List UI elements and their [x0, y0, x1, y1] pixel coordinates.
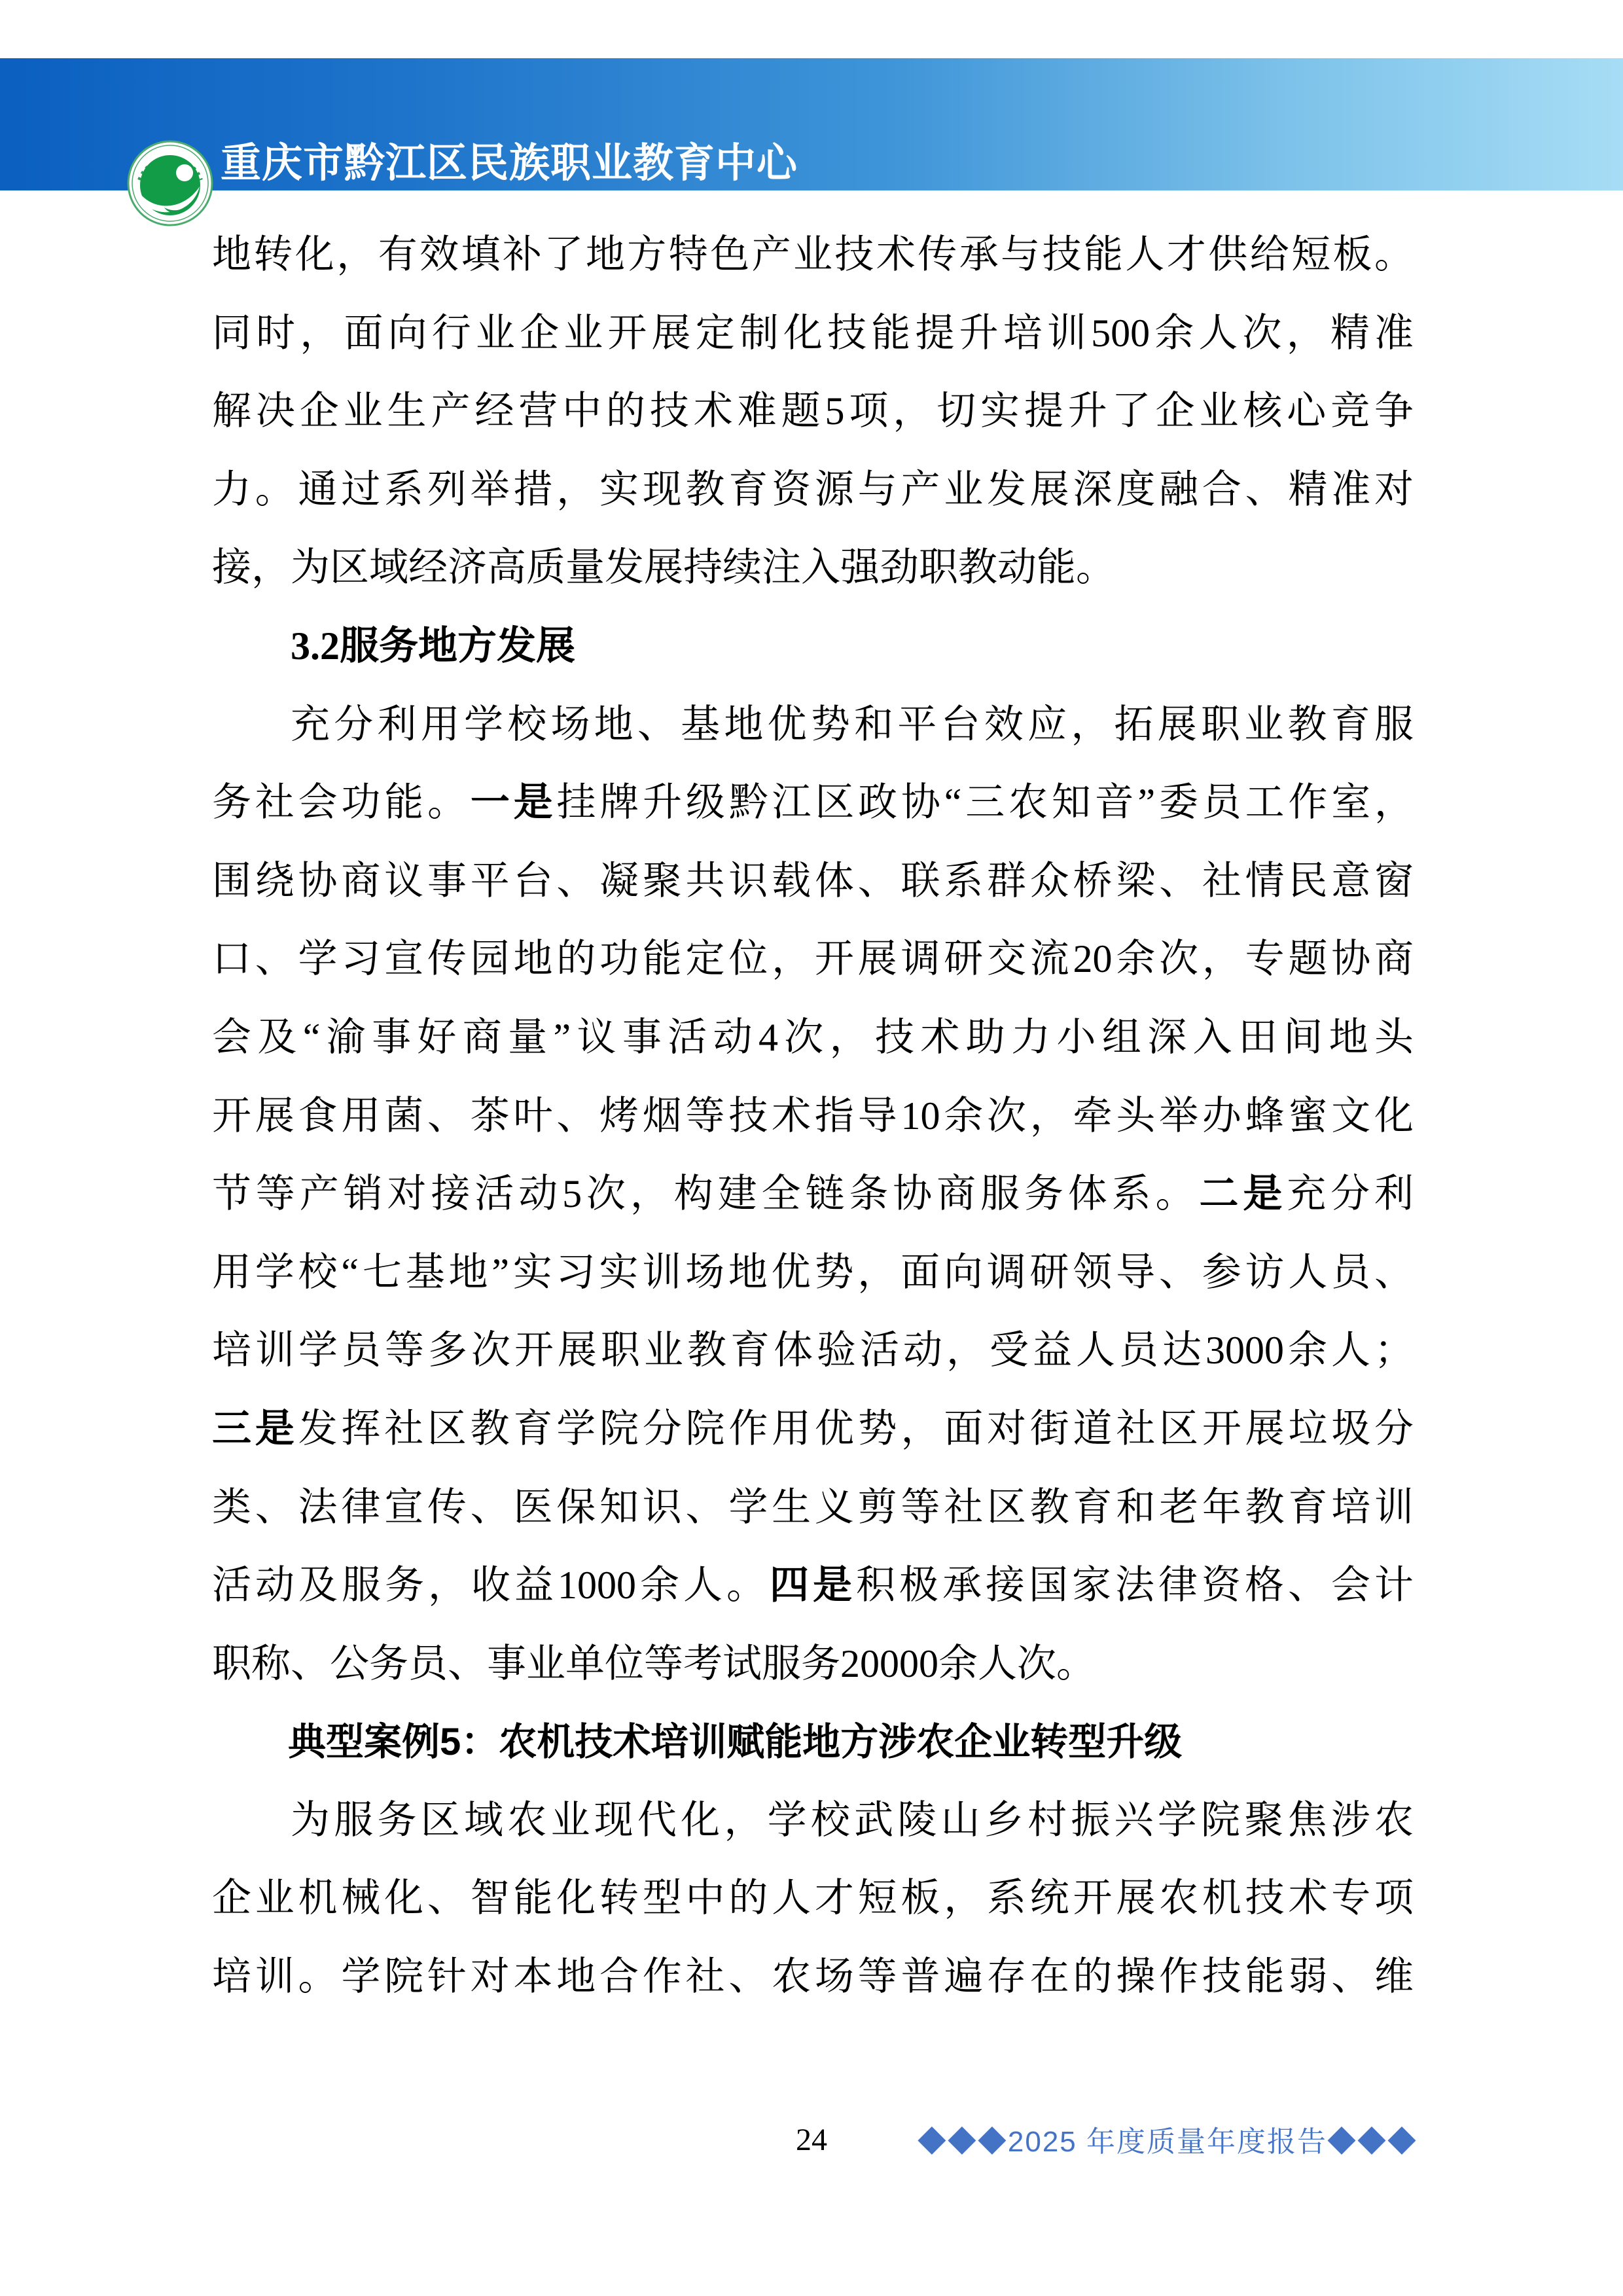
- document-body: 地转化，有效填补了地方特色产业技术传承与技能人才供给短板。同时，面向行业企业开展…: [212, 216, 1414, 2017]
- text-run: 企业机械化、智能化转型中的人才短板，系统开展农机技术专项: [212, 1876, 1414, 1920]
- body-text-line: 用学校“七基地”实习实训场地优势，面向调研领导、参访人员、: [212, 1234, 1414, 1312]
- text-run: 围绕协商议事平台、凝聚共识载体、联系群众桥梁、社情民意窗: [212, 859, 1414, 903]
- document-page: 重庆市黔江区民族职业教育中心 CHONGQING SHI QIANJIANG Q…: [0, 0, 1623, 2296]
- body-text-line: 会及“渝事好商量”议事活动4次，技术助力小组深入田间地头: [212, 999, 1414, 1077]
- case-heading: 典型案例5：农机技术培训赋能地方涉农企业转型升级: [212, 1703, 1414, 1782]
- body-text-line: 务社会功能。一是挂牌升级黔江区政协“三农知音”委员工作室，: [212, 764, 1414, 842]
- text-run: 力。通过系列举措，实现教育资源与产业发展深度融合、精准对: [212, 468, 1414, 511]
- text-run: 挂牌升级黔江区政协“三农知音”委员工作室，: [557, 781, 1414, 824]
- text-run: 节等产销对接活动5次，构建全链条协商服务体系。: [212, 1172, 1199, 1215]
- header-banner: 重庆市黔江区民族职业教育中心 CHONGQING SHI QIANJIANG Q…: [0, 58, 1623, 190]
- text-run: 充分利: [1287, 1172, 1414, 1215]
- text-run: 同时，面向行业企业开展定制化技能提升培训500余人次，精准: [212, 312, 1414, 355]
- body-text-line: 培训。学院针对本地合作社、农场等普遍存在的操作技能弱、维: [212, 1938, 1414, 2017]
- body-text-line: 接，为区域经济高质量发展持续注入强劲职教动能。: [212, 529, 1414, 607]
- text-run: 会及“渝事好商量”议事活动4次，技术助力小组深入田间地头: [212, 1016, 1414, 1059]
- body-text-line: 口、学习宣传园地的功能定位，开展调研交流20余次，专题协商: [212, 920, 1414, 999]
- text-run: 接，为区域经济高质量发展持续注入强劲职教动能。: [212, 546, 1115, 589]
- text-run: 类、法律宣传、医保知识、学生义剪等社区教育和老年教育培训: [212, 1486, 1414, 1529]
- bold-text-run: 四是: [770, 1564, 856, 1607]
- text-run: 务社会功能。: [212, 781, 471, 824]
- text-run: 地转化，有效填补了地方特色产业技术传承与技能人才供给短板。: [212, 233, 1414, 276]
- body-text-line: 地转化，有效填补了地方特色产业技术传承与技能人才供给短板。: [212, 216, 1414, 295]
- body-text-line: 类、法律宣传、医保知识、学生义剪等社区教育和老年教育培训: [212, 1469, 1414, 1547]
- school-logo-icon: [126, 139, 214, 227]
- text-run: 活动及服务，收益1000余人。: [212, 1564, 770, 1607]
- bold-text-run: 二是: [1199, 1172, 1287, 1215]
- body-text-line: 解决企业生产经营中的技术难题5项，切实提升了企业核心竞争: [212, 372, 1414, 451]
- text-run: 口、学习宣传园地的功能定位，开展调研交流20余次，专题协商: [212, 937, 1414, 980]
- body-text-line: 企业机械化、智能化转型中的人才短板，系统开展农机技术专项: [212, 1859, 1414, 1938]
- header-text-block: 重庆市黔江区民族职业教育中心 CHONGQING SHI QIANJIANG Q…: [221, 140, 805, 215]
- text-run: 培训。学院针对本地合作社、农场等普遍存在的操作技能弱、维: [212, 1955, 1414, 1998]
- body-text-line: 开展食用菌、茶叶、烤烟等技术指导10余次，牵头举办蜂蜜文化: [212, 1077, 1414, 1156]
- bold-text-run: 一是: [471, 781, 557, 824]
- bold-text-run: 3.2服务地方发展: [291, 624, 575, 668]
- body-text-line: 为服务区域农业现代化，学校武陵山乡村振兴学院聚焦涉农: [212, 1782, 1414, 1860]
- body-text-line: 活动及服务，收益1000余人。四是积极承接国家法律资格、会计: [212, 1547, 1414, 1625]
- heading2: 3.2服务地方发展: [212, 607, 1414, 686]
- body-text-line: 同时，面向行业企业开展定制化技能提升培训500余人次，精准: [212, 295, 1414, 373]
- text-run: 职称、公务员、事业单位等考试服务20000余人次。: [212, 1642, 1096, 1685]
- body-text-line: 力。通过系列举措，实现教育资源与产业发展深度融合、精准对: [212, 451, 1414, 529]
- text-run: 充分利用学校场地、基地优势和平台效应，拓展职业教育服: [291, 703, 1414, 746]
- school-name-title: 重庆市黔江区民族职业教育中心: [221, 140, 805, 187]
- body-text-line: 节等产销对接活动5次，构建全链条协商服务体系。二是充分利: [212, 1155, 1414, 1234]
- text-run: 发挥社区教育学院分院作用优势，面对街道社区开展垃圾分: [298, 1407, 1414, 1450]
- text-run: 为服务区域农业现代化，学校武陵山乡村振兴学院聚焦涉农: [291, 1799, 1414, 1842]
- body-text-line: 职称、公务员、事业单位等考试服务20000余人次。: [212, 1625, 1414, 1704]
- school-name-pinyin: CHONGQING SHI QIANJIANG QU MINZU ZHIYE J…: [221, 195, 805, 215]
- text-run: 积极承接国家法律资格、会计: [856, 1564, 1414, 1607]
- text-run: 用学校“七基地”实习实训场地优势，面向调研领导、参访人员、: [212, 1251, 1414, 1294]
- body-text-line: 充分利用学校场地、基地优势和平台效应，拓展职业教育服: [212, 686, 1414, 764]
- bold-text-run: 典型案例5：农机技术培训赋能地方涉农企业转型升级: [288, 1721, 1182, 1763]
- body-text-line: 三是发挥社区教育学院分院作用优势，面对街道社区开展垃圾分: [212, 1390, 1414, 1469]
- text-run: 开展食用菌、茶叶、烤烟等技术指导10余次，牵头举办蜂蜜文化: [212, 1094, 1414, 1138]
- body-text-line: 围绕协商议事平台、凝聚共识载体、联系群众桥梁、社情民意窗: [212, 842, 1414, 921]
- text-run: 解决企业生产经营中的技术难题5项，切实提升了企业核心竞争: [212, 389, 1414, 433]
- text-run: 培训学员等多次开展职业教育体验活动，受益人员达3000余人；: [212, 1329, 1414, 1372]
- body-text-line: 培训学员等多次开展职业教育体验活动，受益人员达3000余人；: [212, 1312, 1414, 1390]
- report-title-footer: ◆◆◆2025 年度质量年度报告◆◆◆: [918, 2126, 1418, 2159]
- bold-text-run: 三是: [212, 1407, 298, 1450]
